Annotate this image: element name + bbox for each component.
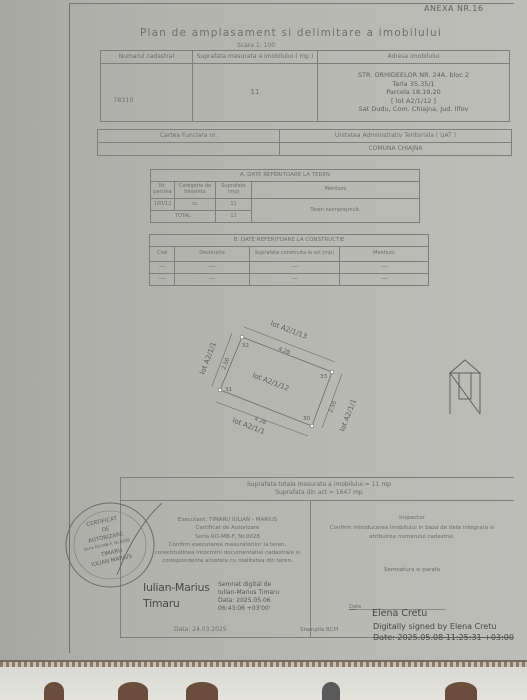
- executor-name: Executant: TIMARU IULIAN - MARIUS: [145, 516, 310, 524]
- header-mentiuni-b: Mentiuni: [340, 247, 429, 262]
- executor-digital-signature: Semnat digital de Iulian-Marius Timaru D…: [218, 581, 279, 613]
- cell-suprafata: -----: [250, 262, 340, 274]
- uat-value: COMUNA CHIAJNA: [280, 143, 512, 156]
- inspector-digital-signed: Digitally signed by Elena Cretu: [373, 622, 496, 631]
- point-30: 30: [303, 416, 310, 422]
- section-a-title: A. DATE REFERITOARE LA TEREN: [151, 170, 420, 182]
- measured-area: 11: [193, 64, 318, 122]
- executor-block: Executant: TIMARU IULIAN - MARIUS Certif…: [145, 516, 310, 566]
- cell-mentiuni: -----: [340, 262, 429, 274]
- executor-statement: corectitudinea intocmirii documentatiei …: [145, 549, 310, 557]
- cell-parcela: 100/12: [151, 199, 175, 211]
- inspector-block: Inspector Confirm introducerea imobilulu…: [310, 514, 514, 541]
- binder-hole: [322, 682, 340, 700]
- inspector-signer-name: Elena Cretu: [372, 608, 427, 619]
- address-lot: [ lot A2/1/12 ]: [318, 97, 509, 105]
- uat-label: Unitatea Administrativ Teritoriala ( UAT…: [280, 130, 512, 143]
- binder-hole: [44, 682, 64, 700]
- cell-categorie: cc: [175, 199, 216, 211]
- cell-cod: -----: [150, 262, 175, 274]
- total-value: 11: [216, 211, 252, 223]
- neighbor-top: lot A2/1/13: [269, 319, 308, 340]
- header-destinatia: Destinatia: [175, 247, 250, 262]
- divider: [120, 477, 514, 478]
- area-summary: Suprafata totala masurata a imobilului =…: [124, 481, 514, 497]
- authorization-seal-icon: CERTIFICAT DE AUTORIZARE Seria RO-MB-F, …: [62, 495, 162, 593]
- digital-sig-line: Semnat digital de: [218, 581, 279, 589]
- inspector-statement: Confirm introducerea imobilului in baza …: [310, 524, 514, 532]
- neighbor-left: lot A2/1/1: [198, 341, 218, 376]
- header-cadastral: Numarul cadastral: [101, 51, 193, 64]
- address-street: STR. ORHIDEELOR NR. 24A, bloc 2: [318, 71, 509, 79]
- cell-destinatia: -----: [175, 262, 250, 274]
- header-mentiuni: Mentiuni: [252, 182, 420, 199]
- table-row: ----- ----- ----- -----: [150, 262, 429, 274]
- binder-edge: [0, 660, 527, 667]
- svg-text:CERTIFICAT: CERTIFICAT: [86, 516, 118, 528]
- total-label: TOTAL: [151, 211, 216, 223]
- carte-funciara-value: [98, 143, 280, 156]
- annex-number: ANEXA NR.16: [424, 4, 484, 13]
- neighbor-right: lot A2/1/1: [338, 398, 358, 433]
- address-locality: Sat Dudu, Com. Chiajna, Jud. Ilfov: [318, 105, 509, 113]
- digital-sig-line: 06:43:06 +03'00': [218, 605, 279, 613]
- document-title: Plan de amplasament si delimitare a imob…: [140, 27, 442, 39]
- executor-statement: Confirm executarea masuratorilor la tere…: [145, 541, 310, 549]
- address-tarla: Tarla 35,35/1: [318, 80, 509, 88]
- land-registry-table: Cartea Funciara nr. Unitatea Administrat…: [97, 129, 512, 156]
- header-suprafata: Suprafata (mp): [216, 182, 252, 199]
- header-address: Adresa imobilului: [318, 51, 510, 64]
- inspector-title: Inspector: [310, 514, 514, 522]
- header-area: Suprafata masurata a imobilului ( mp ): [193, 51, 318, 64]
- scale-label: Scara 1: 100: [237, 42, 275, 49]
- cell-mentiuni: -----: [340, 274, 429, 286]
- cell-suprafata: 11: [216, 199, 252, 211]
- executor-date: Data: 24.03.2025: [174, 626, 227, 633]
- construction-data-table: B. DATE REFERITOARE LA CONSTRUCTIE Cod D…: [149, 234, 429, 286]
- executor-statement: corespondenta acesteia cu realitatea din…: [145, 557, 310, 565]
- cell-mentiuni: Teren neimprejmuit.: [252, 199, 420, 223]
- width-right: 2.50: [328, 400, 338, 414]
- act-area: Suprafata din act = 1647 mp: [124, 489, 514, 497]
- divider: [120, 500, 514, 501]
- address-parcela: Parcela 18,19,20: [318, 88, 509, 96]
- executor-series: Seria RO-MB-F, Nr.0028: [145, 533, 310, 541]
- binder-hole: [445, 682, 477, 700]
- table-row: ----- ----- ----- -----: [150, 274, 429, 286]
- svg-text:DE: DE: [101, 526, 110, 534]
- plot-sketch: lot A2/1/13 4.28 lot A2/1/12 32 33 31 30…: [180, 300, 380, 450]
- north-arrow-icon: [445, 357, 485, 417]
- section-b-title: B. DATE REFERITOARE LA CONSTRUCTIE: [150, 235, 429, 247]
- header-parcela: Nr. parcela: [151, 182, 175, 199]
- stamp-bcpi-label: Stampila BCPI: [300, 627, 339, 633]
- point-33: 33: [320, 374, 327, 380]
- inspector-statement: atribuirea numarului cadastral.: [310, 533, 514, 541]
- land-data-table: A. DATE REFERITOARE LA TEREN Nr. parcela…: [150, 169, 420, 223]
- point-31: 31: [225, 387, 232, 393]
- length-top: 4.28: [277, 346, 291, 356]
- carte-funciara-label: Cartea Funciara nr.: [98, 130, 280, 143]
- property-table: Numarul cadastral Suprafata masurata a i…: [100, 50, 510, 122]
- total-area: Suprafata totala masurata a imobilului =…: [124, 481, 514, 489]
- digital-sig-line: Iulian-Marius Timaru: [218, 589, 279, 597]
- header-suprafata-constr: Suprafata construita la sol (mp): [250, 247, 340, 262]
- executor-cert: Certificat de Autorizare: [145, 524, 310, 532]
- plot-center-label: lot A2/1/12: [251, 371, 290, 392]
- cadastral-number: 78310: [101, 64, 193, 122]
- header-categorie: Categorie de folosinta: [175, 182, 216, 199]
- inspector-digital-date: Date: 2025.05.08 11:25:31 +03:00: [373, 633, 514, 642]
- signature-label: Semnatura si parafa: [310, 567, 514, 573]
- width-left: 2.50: [221, 357, 231, 371]
- digital-sig-line: Data: 2025.05.06: [218, 597, 279, 605]
- header-cod: Cod: [150, 247, 175, 262]
- point-32: 32: [242, 343, 249, 349]
- cell-suprafata: -----: [250, 274, 340, 286]
- signature-last-name: Timaru: [143, 596, 210, 612]
- property-address: STR. ORHIDEELOR NR. 24A, bloc 2 Tarla 35…: [318, 64, 510, 122]
- cell-cod: -----: [150, 274, 175, 286]
- binder-hole: [186, 682, 218, 700]
- binder-hole: [118, 682, 148, 700]
- cell-destinatia: -----: [175, 274, 250, 286]
